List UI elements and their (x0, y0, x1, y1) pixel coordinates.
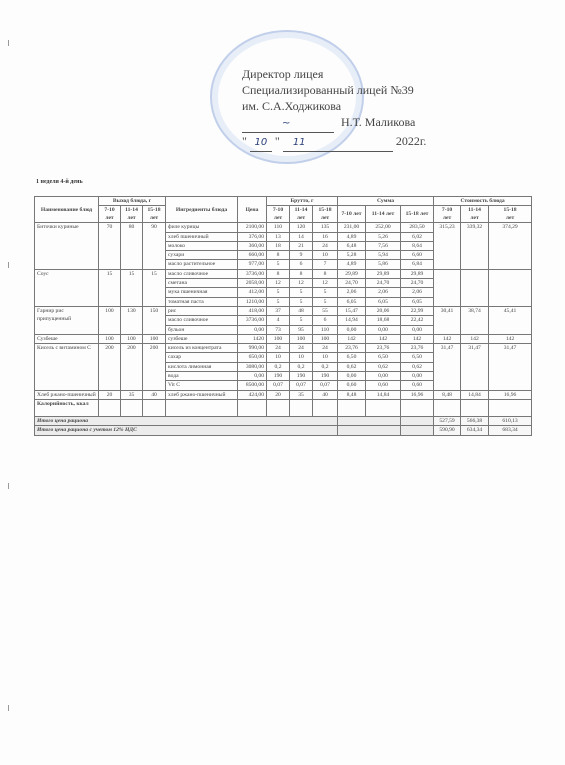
ingredient-name: филе курицы (166, 223, 238, 232)
dish-cost: 31,47 (489, 344, 532, 390)
signature: ~ (242, 114, 334, 133)
ingredient-brutto: 4 (267, 316, 290, 325)
col-sum: Сумма (338, 197, 434, 206)
dish-cost: 315,23 (434, 223, 461, 269)
ingredient-price: 0,00 (238, 325, 267, 334)
dish-output: 15 (143, 269, 166, 306)
date-month: 11 (283, 135, 393, 152)
ingredient-brutto: 110 (267, 223, 290, 232)
calories-cell (121, 399, 143, 416)
ingredient-sum: 0,62 (338, 362, 366, 371)
dish-output: 100 (121, 334, 143, 343)
dish-name: Сузбеше (35, 334, 99, 343)
ingredient-sum: 0,60 (366, 381, 401, 390)
col-output: Выход блюда, г (99, 197, 166, 206)
ingredient-name: масло сливочное (166, 316, 238, 325)
table-row: Сузбеше100100100сузбеше14201001001001421… (35, 334, 532, 343)
ingredient-price: 1210,00 (238, 297, 267, 306)
margin-mark (8, 262, 9, 268)
ingredient-sum: 6,05 (366, 297, 401, 306)
totals-value: 634,34 (461, 426, 489, 435)
ingredient-brutto: 100 (290, 334, 313, 343)
ingredient-sum: 18,68 (366, 316, 401, 325)
calories-row: Калорийность, ккал (35, 399, 532, 416)
quote-open: " (242, 134, 247, 148)
ingredient-sum: 23,76 (366, 344, 401, 353)
ingredient-brutto: 8 (267, 269, 290, 278)
ingredient-sum: 22,99 (401, 306, 434, 315)
date-day: 10 (250, 135, 272, 152)
dish-cost (461, 269, 489, 306)
dish-cost: 38,74 (461, 306, 489, 334)
ingredient-name: масло растительное (166, 260, 238, 269)
ingredient-sum: 23,76 (401, 344, 434, 353)
totals-blank (401, 416, 434, 425)
age-header: 11-14лет (461, 206, 489, 223)
approval-signature-line: ~ Н.Т. Маликова (242, 114, 426, 133)
dish-name: Хлеб ржано-пшеничный (35, 390, 99, 399)
dish-output: 80 (121, 223, 143, 269)
ingredient-brutto: 5 (290, 288, 313, 297)
ingredient-sum: 24,70 (366, 279, 401, 288)
ingredient-name: Vit C (166, 381, 238, 390)
ingredient-brutto: 0,2 (313, 362, 338, 371)
ingredient-sum: 4,89 (338, 260, 366, 269)
ingredient-brutto: 18 (267, 241, 290, 250)
ingredient-sum: 6,60 (401, 251, 434, 260)
ingredient-brutto: 35 (290, 390, 313, 399)
ingredient-brutto: 20 (267, 390, 290, 399)
ingredient-brutto: 8 (290, 269, 313, 278)
ingredient-sum: 0,00 (401, 325, 434, 334)
ingredient-brutto: 7 (313, 260, 338, 269)
approval-org-name: им. С.А.Ходжикова (242, 98, 426, 114)
totals-value: 566,38 (461, 416, 489, 425)
approval-block: Директор лицея Специализированный лицей … (242, 66, 426, 152)
ingredient-sum: 29,89 (338, 269, 366, 278)
ingredient-price: 2100,00 (238, 223, 267, 232)
approval-title: Директор лицея (242, 66, 426, 82)
ingredient-brutto: 120 (290, 223, 313, 232)
ingredient-sum: 0,00 (366, 325, 401, 334)
ingredient-sum: 0,00 (401, 372, 434, 381)
ingredient-brutto: 6 (313, 316, 338, 325)
dish-name: Биточки куриные (35, 223, 99, 269)
table-row: Хлеб ржано-пшеничный203540хлеб ржано-пше… (35, 390, 532, 399)
age-header: 15-18лет (489, 206, 532, 223)
ingredient-price: 424,00 (238, 390, 267, 399)
dish-output: 15 (121, 269, 143, 306)
ingredient-brutto: 0,2 (267, 362, 290, 371)
table-row: Биточки куриные708090филе курицы2100,001… (35, 223, 532, 232)
totals-row: Итого цена рациона527,59566,38610,13 (35, 416, 532, 425)
ingredient-sum: 7,56 (366, 241, 401, 250)
totals-value: 610,13 (489, 416, 532, 425)
ingredient-price: 660,00 (238, 251, 267, 260)
menu-body: Биточки куриные708090филе курицы2100,001… (35, 223, 532, 435)
table-row: Соус151515масло сливочное3736,0088829,89… (35, 269, 532, 278)
ingredient-sum: 5,86 (366, 260, 401, 269)
document-page: Директор лицея Специализированный лицей … (0, 0, 565, 765)
totals-label: Итого цена рациона (35, 416, 338, 425)
ingredient-brutto: 24 (313, 241, 338, 250)
ingredient-price: 360,00 (238, 241, 267, 250)
ingredient-brutto: 55 (313, 306, 338, 315)
calories-cell (238, 399, 267, 416)
ingredient-sum: 0,60 (338, 381, 366, 390)
dish-cost: 30,41 (434, 306, 461, 334)
ingredient-name: вода (166, 372, 238, 381)
ingredient-sum: 0,00 (338, 372, 366, 381)
ingredient-sum: 6,50 (401, 353, 434, 362)
ingredient-name: рис (166, 306, 238, 315)
dish-name: Гарнир рис припущенный (35, 306, 99, 334)
calories-cell (143, 399, 166, 416)
age-header: 15-18лет (143, 206, 166, 223)
header-row-1: Наименование блюд Выход блюда, г Ингреди… (35, 197, 532, 206)
dish-output: 200 (99, 344, 121, 390)
ingredient-sum: 6,05 (401, 297, 434, 306)
dish-output: 130 (121, 306, 143, 334)
ingredient-brutto: 12 (267, 279, 290, 288)
table-row: Кисель с витамином С200200200кисель из к… (35, 344, 532, 353)
margin-mark (8, 705, 9, 711)
ingredient-sum: 14,94 (338, 316, 366, 325)
ingredient-sum: 29,89 (366, 269, 401, 278)
dish-output: 200 (143, 344, 166, 390)
date-year: 2022г. (396, 134, 427, 148)
ingredient-sum: 142 (366, 334, 401, 343)
ingredient-brutto: 5 (290, 316, 313, 325)
ingredient-sum: 6,05 (338, 297, 366, 306)
ingredient-sum: 6,50 (366, 353, 401, 362)
ingredient-sum: 29,89 (401, 269, 434, 278)
menu-table: Наименование блюд Выход блюда, г Ингреди… (34, 196, 532, 436)
totals-value: 590,90 (434, 426, 461, 435)
ingredient-sum: 8,48 (338, 390, 366, 399)
ingredient-sum: 6,84 (401, 260, 434, 269)
ingredient-brutto: 10 (313, 353, 338, 362)
calories-cell (401, 399, 434, 416)
dish-cost: 14,84 (461, 390, 489, 399)
ingredient-brutto: 135 (313, 223, 338, 232)
totals-row: Итого цена рациона с учетом 12% НДС590,9… (35, 426, 532, 435)
approval-date: " 10 " 11 2022г. (242, 133, 426, 152)
dish-output: 15 (99, 269, 121, 306)
dish-output: 100 (143, 334, 166, 343)
ingredient-brutto: 73 (267, 325, 290, 334)
ingredient-brutto: 6 (290, 260, 313, 269)
ingredient-sum: 6,50 (338, 353, 366, 362)
ingredient-sum: 5,26 (366, 232, 401, 241)
ingredient-brutto: 100 (313, 334, 338, 343)
ingredient-brutto: 0,07 (267, 381, 290, 390)
ingredient-name: кислота лимонная (166, 362, 238, 371)
col-cost: Стоимость блюда (434, 197, 532, 206)
totals-value: 527,59 (434, 416, 461, 425)
ingredient-price: 2058,00 (238, 279, 267, 288)
calories-cell (489, 399, 532, 416)
ingredient-brutto: 10 (290, 353, 313, 362)
calories-label: Калорийность, ккал (35, 399, 99, 416)
ingredient-price: 3736,00 (238, 316, 267, 325)
dish-name: Кисель с витамином С (35, 344, 99, 390)
ingredient-price: 3080,00 (238, 362, 267, 371)
totals-label: Итого цена рациона с учетом 12% НДС (35, 426, 338, 435)
ingredient-brutto: 24 (313, 344, 338, 353)
ingredient-name: бульон (166, 325, 238, 334)
calories-cell (461, 399, 489, 416)
age-header: 7-10лет (434, 206, 461, 223)
dish-output: 70 (99, 223, 121, 269)
calories-cell (338, 399, 366, 416)
ingredient-price: 990,00 (238, 344, 267, 353)
ingredient-brutto: 21 (290, 241, 313, 250)
calories-cell (267, 399, 290, 416)
ingredient-sum: 14,84 (366, 390, 401, 399)
ingredient-sum: 2,06 (366, 288, 401, 297)
ingredient-brutto: 95 (290, 325, 313, 334)
ingredient-price: 650,00 (238, 353, 267, 362)
ingredient-price: 1420 (238, 334, 267, 343)
ingredient-sum: 0,62 (366, 362, 401, 371)
ingredient-brutto: 10 (313, 251, 338, 260)
col-dish-name: Наименование блюд (35, 197, 99, 223)
ingredient-name: хлеб ржано-пшеничный (166, 390, 238, 399)
dish-output: 100 (99, 306, 121, 334)
dish-name: Соус (35, 269, 99, 306)
age-header: 11-14лет (290, 206, 313, 223)
ingredient-name: томатная паста (166, 297, 238, 306)
ingredient-sum: 24,70 (401, 279, 434, 288)
ingredient-sum: 6,02 (401, 232, 434, 241)
dish-cost: 142 (489, 334, 532, 343)
ingredient-sum: 20,06 (366, 306, 401, 315)
ingredient-name: масло сливочное (166, 269, 238, 278)
ingredient-brutto: 12 (290, 279, 313, 288)
col-ingredients: Ингредиенты блюда (166, 197, 238, 223)
ingredient-brutto: 8 (313, 269, 338, 278)
ingredient-brutto: 37 (267, 306, 290, 315)
ingredient-brutto: 0,07 (313, 381, 338, 390)
ingredient-price: 977,00 (238, 260, 267, 269)
totals-blank (338, 426, 401, 435)
ingredient-brutto: 5 (267, 297, 290, 306)
ingredient-brutto: 13 (267, 232, 290, 241)
col-price: Цена (238, 197, 267, 223)
ingredient-sum: 0,00 (366, 372, 401, 381)
totals-value: 683,34 (489, 426, 532, 435)
ingredient-name: сметана (166, 279, 238, 288)
ingredient-sum: 24,70 (338, 279, 366, 288)
dish-output: 40 (143, 390, 166, 399)
age-header: 11-14 лет (366, 206, 401, 223)
ingredient-brutto: 5 (313, 288, 338, 297)
ingredient-sum: 142 (338, 334, 366, 343)
calories-cell (366, 399, 401, 416)
ingredient-name: сахар (166, 353, 238, 362)
ingredient-brutto: 190 (313, 372, 338, 381)
menu-subtitle: 1 неделя 4-й день (36, 179, 83, 185)
margin-mark (8, 483, 9, 489)
ingredient-brutto: 5 (313, 297, 338, 306)
calories-cell (99, 399, 121, 416)
table-row: Гарнир рис припущенный100130150рис418,00… (35, 306, 532, 315)
signature-scribble: ~ (282, 118, 290, 129)
ingredient-name: хлеб пшеничный (166, 232, 238, 241)
dish-cost: 16,96 (489, 390, 532, 399)
ingredient-brutto: 40 (313, 390, 338, 399)
calories-cell (313, 399, 338, 416)
ingredient-brutto: 190 (290, 372, 313, 381)
ingredient-brutto: 24 (290, 344, 313, 353)
calories-cell (290, 399, 313, 416)
ingredient-brutto: 16 (313, 232, 338, 241)
ingredient-sum: 5,28 (338, 251, 366, 260)
ingredient-brutto: 14 (290, 232, 313, 241)
totals-blank (401, 426, 434, 435)
ingredient-name: кисель из концентрата (166, 344, 238, 353)
ingredient-price: 418,00 (238, 306, 267, 315)
age-header: 7-10лет (267, 206, 290, 223)
dish-cost: 31,47 (434, 344, 461, 390)
ingredient-brutto: 8 (267, 251, 290, 260)
approval-org: Специализированный лицей №39 (242, 82, 426, 98)
dish-output: 35 (121, 390, 143, 399)
ingredient-brutto: 0,07 (290, 381, 313, 390)
calories-cell (166, 399, 238, 416)
age-header: 15-18 лет (401, 206, 434, 223)
ingredient-brutto: 10 (267, 353, 290, 362)
ingredient-name: молоко (166, 241, 238, 250)
ingredient-brutto: 9 (290, 251, 313, 260)
dish-output: 90 (143, 223, 166, 269)
ingredient-sum: 16,96 (401, 390, 434, 399)
dish-cost (434, 269, 461, 306)
ingredient-sum: 231,00 (338, 223, 366, 232)
dish-cost: 142 (461, 334, 489, 343)
header-row-2: 7-10лет11-14лет15-18лет7-10лет11-14лет15… (35, 206, 532, 223)
dish-cost: 45,41 (489, 306, 532, 334)
ingredient-brutto: 5 (290, 297, 313, 306)
dish-cost: 8,48 (434, 390, 461, 399)
ingredient-brutto: 48 (290, 306, 313, 315)
dish-output: 150 (143, 306, 166, 334)
ingredient-price: 376,00 (238, 232, 267, 241)
dish-output: 100 (99, 334, 121, 343)
ingredient-name: мука пшеничная (166, 288, 238, 297)
ingredient-sum: 22,42 (401, 316, 434, 325)
ingredient-brutto: 100 (267, 334, 290, 343)
ingredient-sum: 6,48 (338, 241, 366, 250)
ingredient-price: 8500,00 (238, 381, 267, 390)
ingredient-sum: 252,00 (366, 223, 401, 232)
quote-close: " (275, 134, 280, 148)
ingredient-brutto: 5 (267, 260, 290, 269)
ingredient-sum: 283,50 (401, 223, 434, 232)
ingredient-brutto: 5 (267, 288, 290, 297)
ingredient-sum: 2,06 (401, 288, 434, 297)
ingredient-sum: 15,47 (338, 306, 366, 315)
totals-blank (338, 416, 401, 425)
ingredient-sum: 0,62 (401, 362, 434, 371)
dish-output: 200 (121, 344, 143, 390)
ingredient-sum: 142 (401, 334, 434, 343)
ingredient-sum: 8,64 (401, 241, 434, 250)
dish-cost: 31,47 (461, 344, 489, 390)
age-header: 11-14лет (121, 206, 143, 223)
ingredient-sum: 0,00 (338, 325, 366, 334)
ingredient-brutto: 0,2 (290, 362, 313, 371)
dish-output: 20 (99, 390, 121, 399)
ingredient-brutto: 24 (267, 344, 290, 353)
age-header: 7-10лет (99, 206, 121, 223)
age-header: 7-10 лет (338, 206, 366, 223)
ingredient-sum: 0,60 (401, 381, 434, 390)
ingredient-sum: 5,94 (366, 251, 401, 260)
ingredient-name: сухари (166, 251, 238, 260)
calories-cell (434, 399, 461, 416)
ingredient-sum: 23,76 (338, 344, 366, 353)
ingredient-brutto: 12 (313, 279, 338, 288)
ingredient-sum: 2,06 (338, 288, 366, 297)
dish-cost (489, 269, 532, 306)
col-brutto: Брутто, г (267, 197, 338, 206)
ingredient-price: 412,00 (238, 288, 267, 297)
dish-cost: 339,32 (461, 223, 489, 269)
ingredient-price: 0,00 (238, 372, 267, 381)
ingredient-name: сузбеше (166, 334, 238, 343)
age-header: 15-18лет (313, 206, 338, 223)
ingredient-price: 3736,00 (238, 269, 267, 278)
dish-cost: 142 (434, 334, 461, 343)
signatory-name: Н.Т. Маликова (341, 115, 415, 129)
margin-mark (8, 40, 9, 46)
dish-cost: 374,29 (489, 223, 532, 269)
ingredient-sum: 4,89 (338, 232, 366, 241)
ingredient-brutto: 110 (313, 325, 338, 334)
ingredient-brutto: 190 (267, 372, 290, 381)
